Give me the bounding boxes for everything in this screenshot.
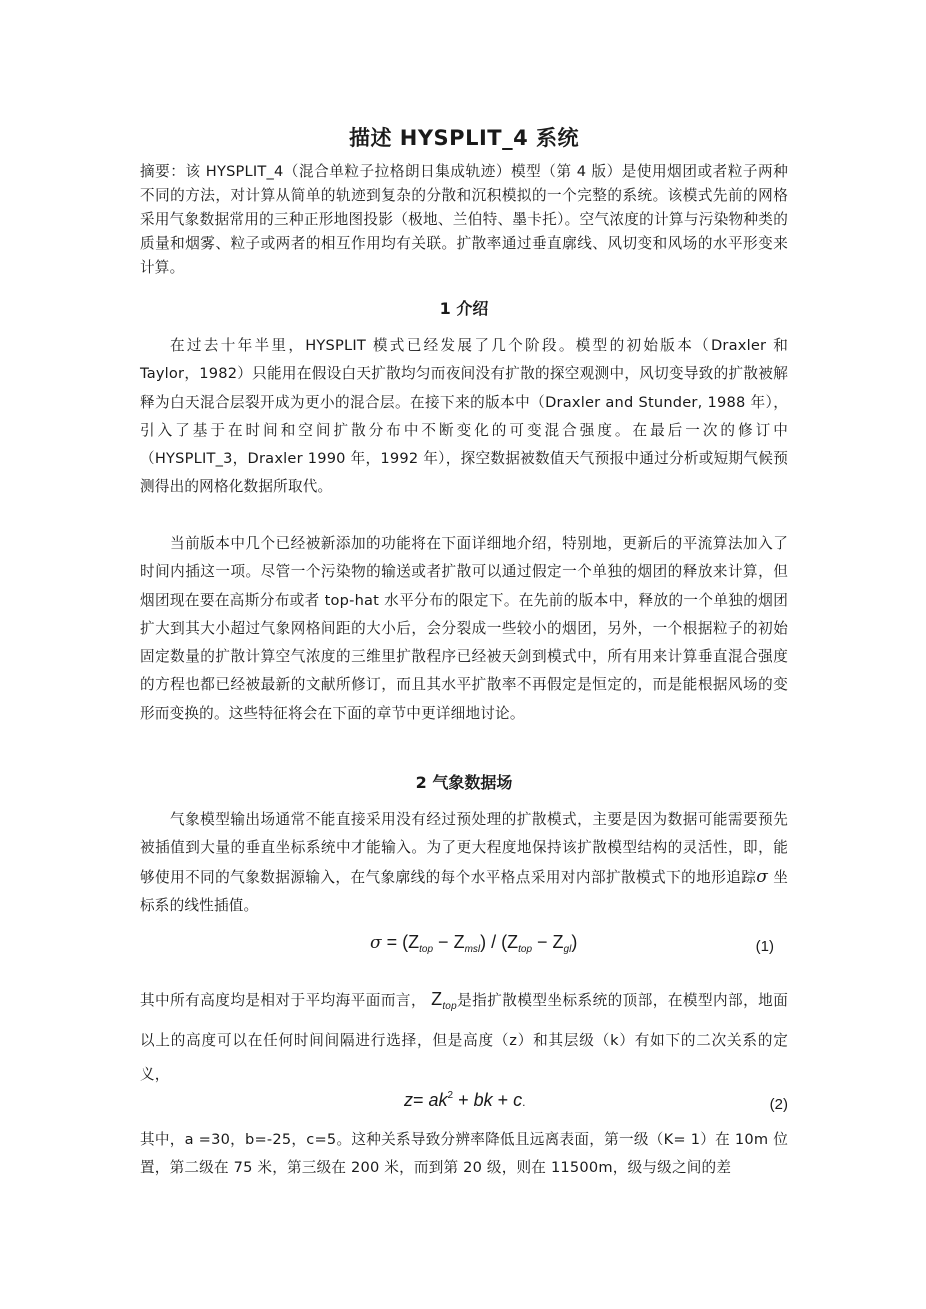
met-paragraph-2: 其中所有高度均是相对于平均海平面而言， Ztop是指扩散模型坐标系统的顶部，在模… xyxy=(140,982,788,1092)
section-heading-meteorological-data: 2 气象数据场 xyxy=(140,770,788,793)
equation-2: z= ak2 + bk + c. (2) xyxy=(140,1090,788,1120)
intro-paragraph-2: 当前版本中几个已经被新添加的功能将在下面详细地介绍，特别地，更新后的平流算法加入… xyxy=(140,530,788,728)
sigma-symbol: σ xyxy=(756,867,768,887)
intro-paragraph-1: 在过去十年半里，HYSPLIT 模式已经发展了几个阶段。模型的初始版本（Drax… xyxy=(140,332,788,502)
met-paragraph-3: 其中，a =30，b=-25，c=5。这种关系导致分辨率降低且远离表面，第一级（… xyxy=(140,1126,788,1183)
ztop-symbol: Ztop xyxy=(431,989,457,1009)
met-paragraph-1: 气象模型输出场通常不能直接采用没有经过预处理的扩散模式，主要是因为数据可能需要预… xyxy=(140,806,788,920)
equation-1-formula: σ = (Ztop − Zmsl) / (Ztop − Zgl) xyxy=(370,932,577,955)
document-title: 描述 HYSPLIT_4 系统 xyxy=(140,122,788,152)
equation-1-number: (1) xyxy=(756,938,774,955)
section-heading-introduction: 1 介绍 xyxy=(140,296,788,319)
equation-1: σ = (Ztop − Zmsl) / (Ztop − Zgl) (1) xyxy=(140,932,788,962)
equation-2-number: (2) xyxy=(770,1096,788,1113)
equation-2-formula: z= ak2 + bk + c. xyxy=(404,1090,525,1111)
abstract: 摘要：该 HYSPLIT_4（混合单粒子拉格朗日集成轨迹）模型（第 4 版）是使… xyxy=(140,160,788,280)
